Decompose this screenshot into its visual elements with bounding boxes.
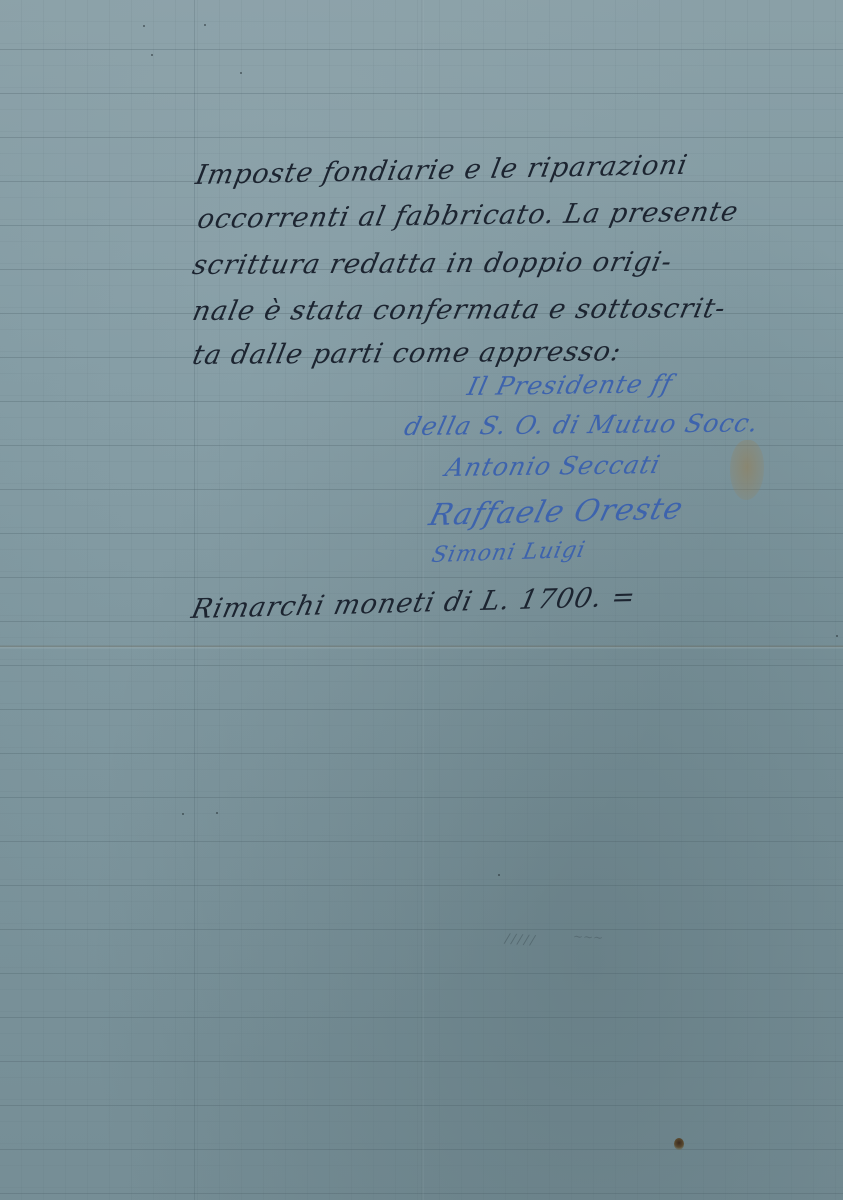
body-line: Imposte fondiarie e le riparazioni [193, 150, 690, 191]
body-line: scrittura redatta in doppio origi- [190, 247, 675, 281]
brown-stain [730, 440, 764, 500]
ink-spot [674, 1138, 684, 1150]
horizontal-fold-crease [0, 645, 843, 649]
body-line: nale è stata confermata e sottoscrit- [190, 293, 729, 327]
paper-speck [240, 72, 242, 74]
document-page: ///// ~~~ Imposte fondiarie e le riparaz… [0, 0, 843, 1200]
body-line: occorrenti al fabbricato. La presente [195, 196, 741, 235]
signature-name: Simoni Luigi [429, 538, 588, 569]
signature-title: Il Presidente ff [465, 369, 676, 401]
paper-speck [204, 24, 206, 26]
signature-organization: della S. O. di Mutuo Socc. [402, 408, 763, 441]
faint-pencil-marks: ~~~ [573, 929, 604, 945]
footer-amount-line: Rimarchi moneti di L. 1700. = [189, 582, 639, 626]
paper-speck [182, 813, 184, 815]
paper-speck [836, 635, 838, 637]
paper-speck [151, 54, 153, 56]
signature-name: Raffaele Oreste [425, 491, 687, 533]
paper-speck [143, 25, 145, 27]
paper-speck [498, 874, 500, 876]
body-line: ta dalle parti come appresso: [190, 336, 625, 371]
signature-name: Antonio Seccati [443, 450, 664, 482]
paper-speck [216, 812, 218, 814]
